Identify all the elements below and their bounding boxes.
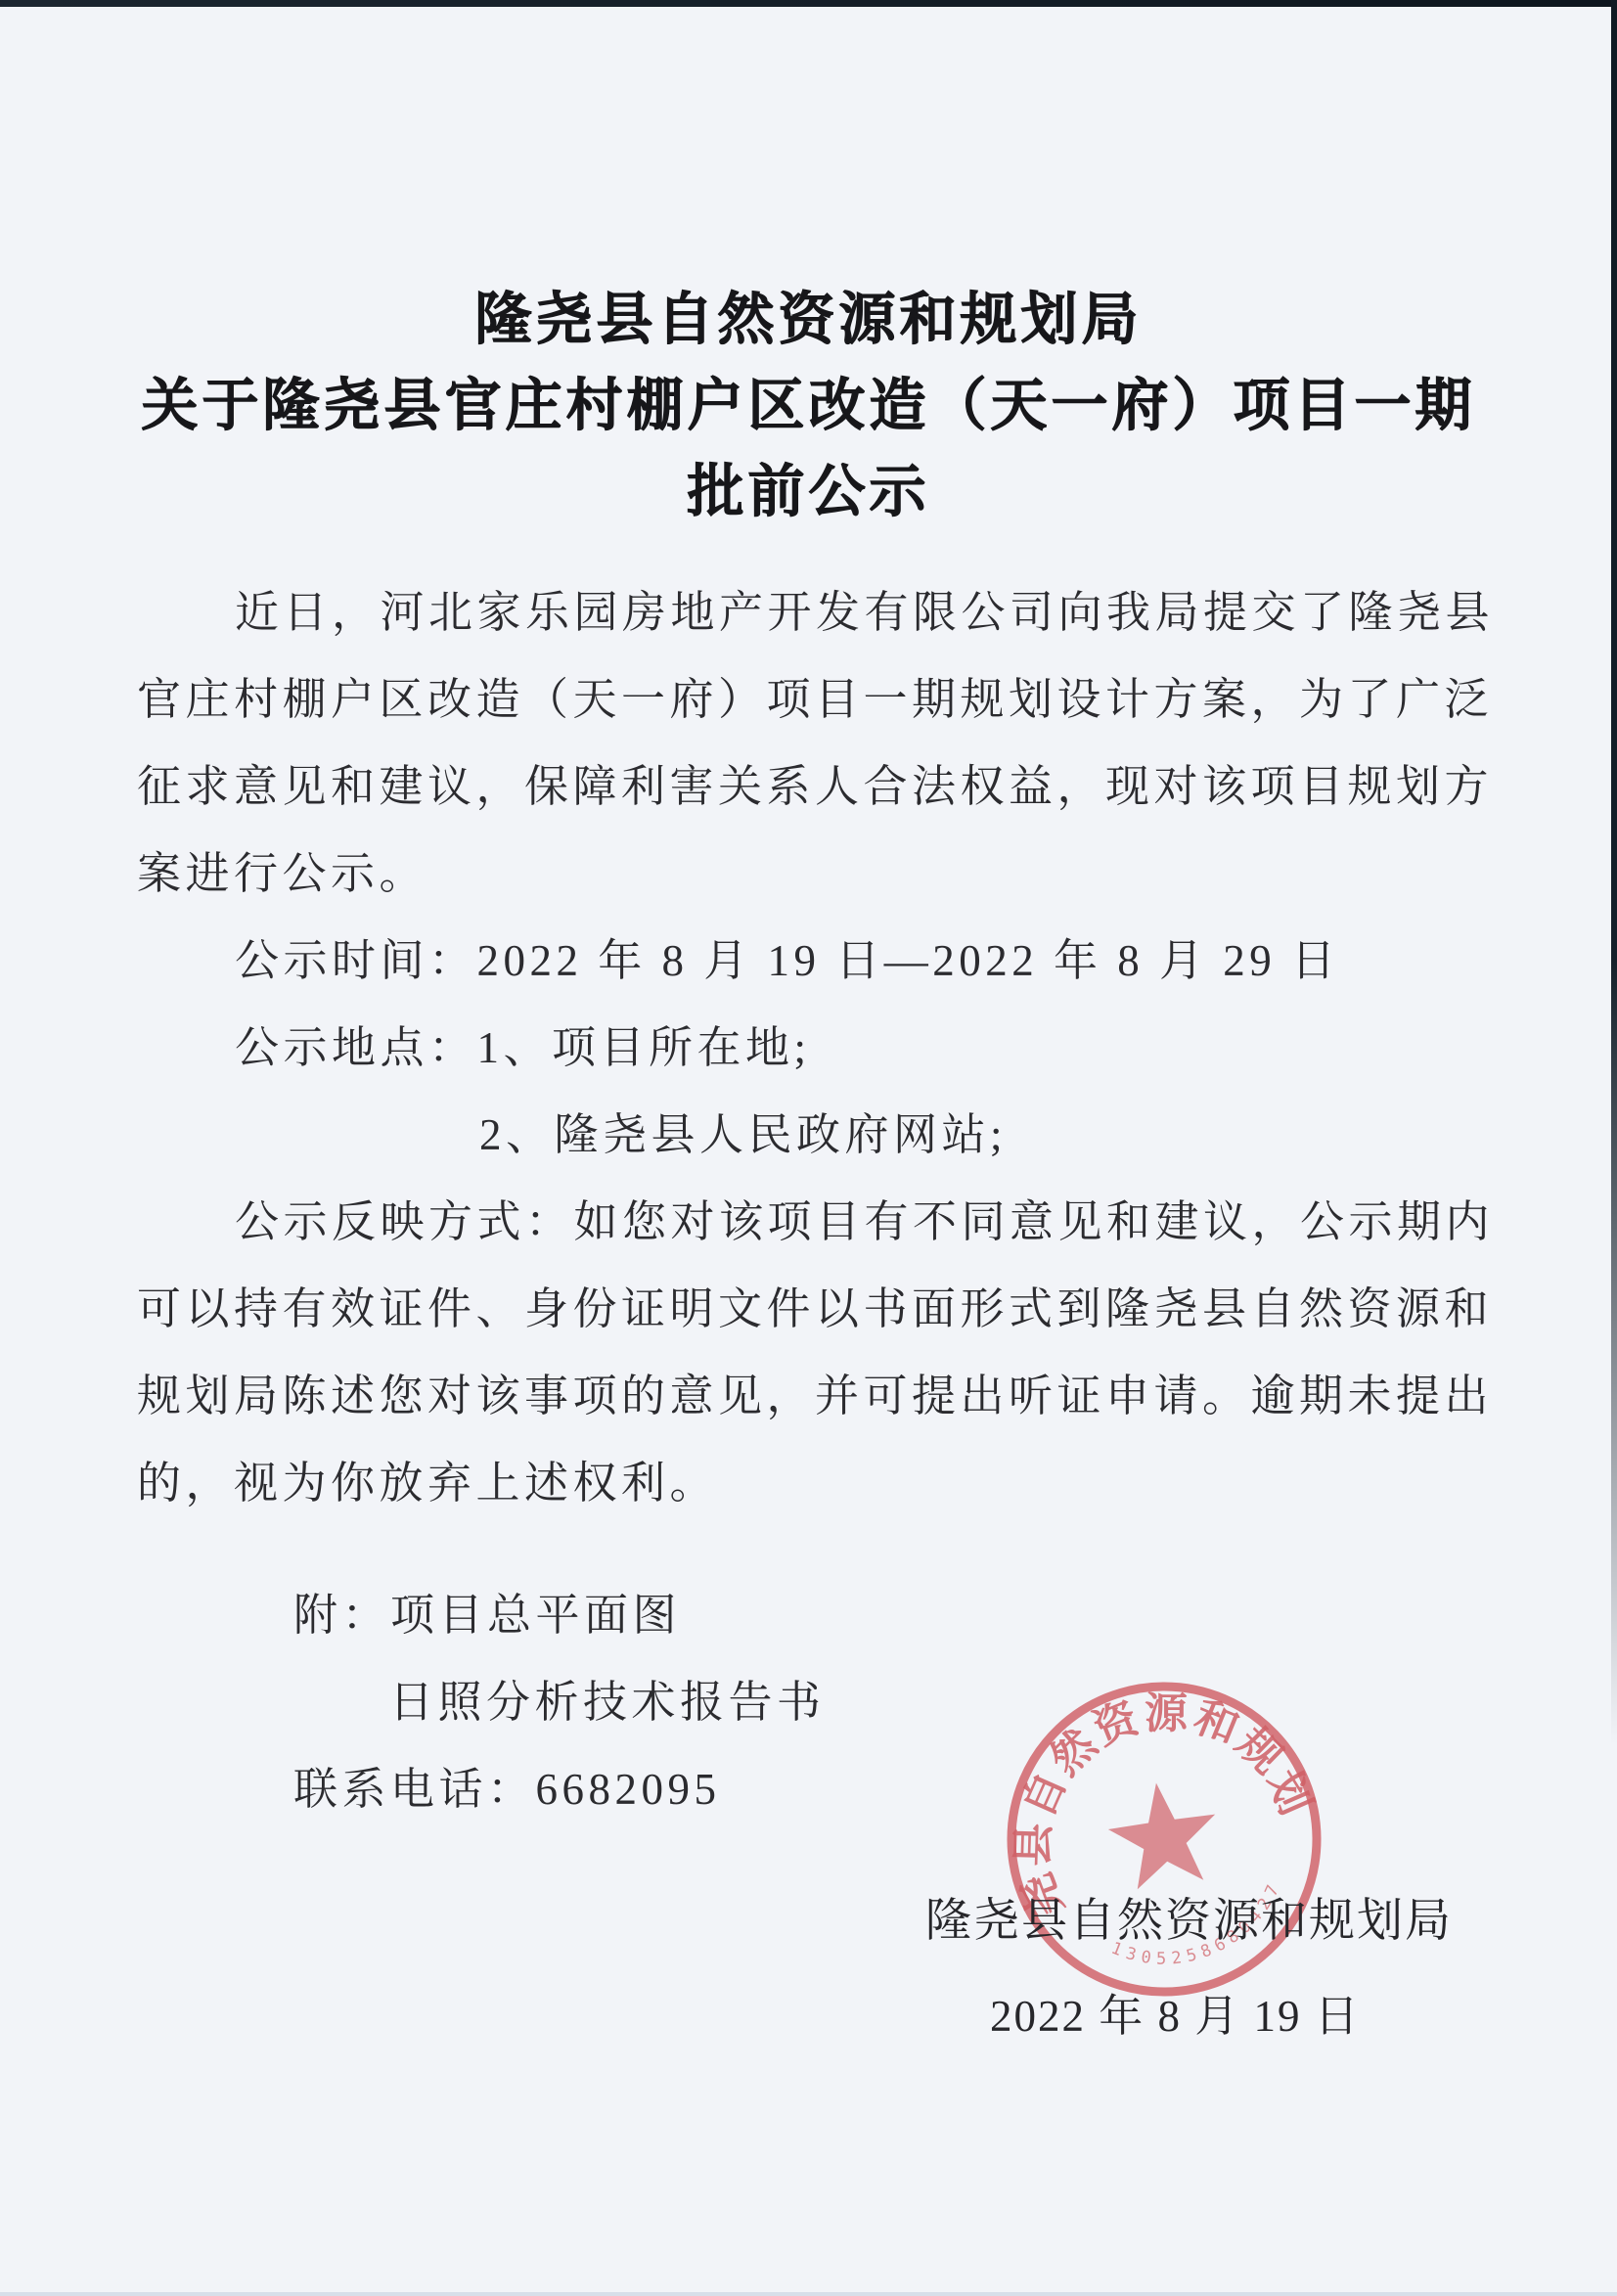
body-line: 征求意见和建议，保障利害关系人合法权益，现对该项目规划方 <box>137 743 1506 831</box>
star-icon <box>1102 1776 1224 1892</box>
body-line: 官庄村棚户区改造（天一府）项目一期规划设计方案，为了广泛 <box>137 656 1506 743</box>
signature-organization: 隆尧县自然资源和规划局 <box>925 1884 1453 1950</box>
scan-edge-top <box>0 0 1617 7</box>
body-line-publicity-time: 公示时间：2022 年 8 月 19 日—2022 年 8 月 29 日 <box>137 918 1506 1005</box>
scan-edge-right <box>1611 0 1617 1745</box>
body-line: 案进行公示。 <box>137 831 1506 918</box>
body-line: 近日，河北家乐园房地产开发有限公司向我局提交了隆尧县 <box>137 569 1506 656</box>
scanned-notice-page: 隆尧县自然资源和规划局 关于隆尧县官庄村棚户区改造（天一府）项目一期 批前公示 … <box>0 0 1617 2296</box>
title-line-1: 隆尧县自然资源和规划局 <box>0 277 1617 363</box>
official-seal: 隆尧县自然资源和规划局 1305258680427 <box>998 1673 1330 2005</box>
body-line-publicity-place-2: 2、隆尧县人民政府网站; <box>137 1092 1506 1179</box>
body-line-publicity-place: 公示地点：1、项目所在地; <box>137 1005 1506 1092</box>
title-line-2: 关于隆尧县官庄村棚户区改造（天一府）项目一期 <box>0 363 1617 449</box>
body-line: 的，视为你放弃上述权利。 <box>137 1440 1506 1527</box>
signature-date: 2022 年 8 月 19 日 <box>990 1980 1361 2044</box>
body-line: 规划局陈述您对该事项的意见，并可提出听证申请。逾期未提出 <box>137 1353 1506 1440</box>
scan-edge-bottom <box>0 2292 1617 2296</box>
document-title: 隆尧县自然资源和规划局 关于隆尧县官庄村棚户区改造（天一府）项目一期 批前公示 <box>0 277 1617 535</box>
notice-body: 近日，河北家乐园房地产开发有限公司向我局提交了隆尧县 官庄村棚户区改造（天一府）… <box>137 569 1506 1527</box>
attachment-line-1: 附：项目总平面图 <box>137 1573 1311 1660</box>
title-line-3: 批前公示 <box>0 449 1617 535</box>
body-line: 可以持有效证件、身份证明文件以书面形式到隆尧县自然资源和 <box>137 1266 1506 1353</box>
body-line-feedback: 公示反映方式：如您对该项目有不同意见和建议，公示期内 <box>137 1179 1506 1266</box>
